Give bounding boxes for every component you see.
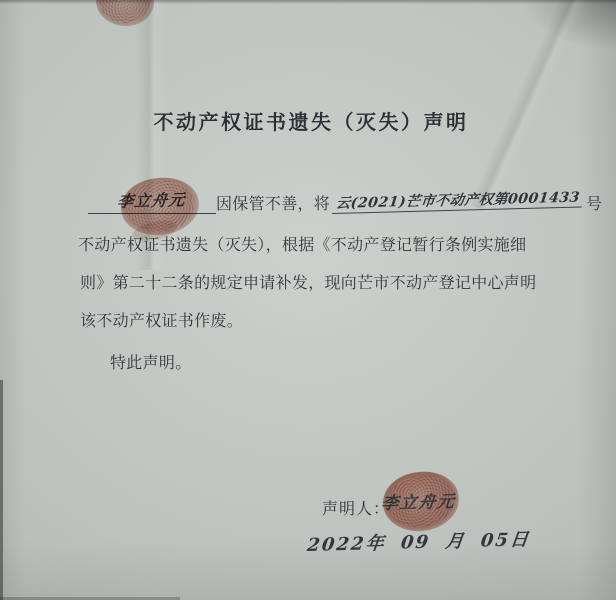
body-line: 则》第二十二条的规定申请补发，现向芒市不动产登记中心声明 <box>80 270 536 293</box>
printed-unit: 号 <box>586 194 602 214</box>
document-title: 不动产权证书遗失（灭失）声明 <box>0 106 616 135</box>
photo-edge-left <box>0 380 3 600</box>
handwritten-name: 李立舟元 <box>116 187 187 212</box>
declaration-line: 李立舟元因保管不善，将云(2021)芒市不动产权第0001433号 <box>88 193 602 214</box>
handwritten-signature: 李立舟元 <box>380 487 457 514</box>
name-blank-underline: 李立舟元 <box>88 193 216 214</box>
body-line: 不动产权证书遗失（灭失），根据《不动产登记暂行条例实施细 <box>78 232 526 255</box>
paper-crease-vertical <box>136 0 166 270</box>
printed-text: 因保管不善，将 <box>216 194 330 214</box>
body-line: 该不动产权证书作废。 <box>80 308 243 331</box>
handwritten-date: 2022年 09 月 05日 <box>306 525 532 557</box>
handwritten-certificate-number: 云(2021)芒市不动产权第0001433 <box>332 186 584 214</box>
document-photo: 不动产权证书遗失（灭失）声明 李立舟元因保管不善，将云(2021)芒市不动产权第… <box>0 0 616 600</box>
closing-statement: 特此声明。 <box>110 350 192 373</box>
